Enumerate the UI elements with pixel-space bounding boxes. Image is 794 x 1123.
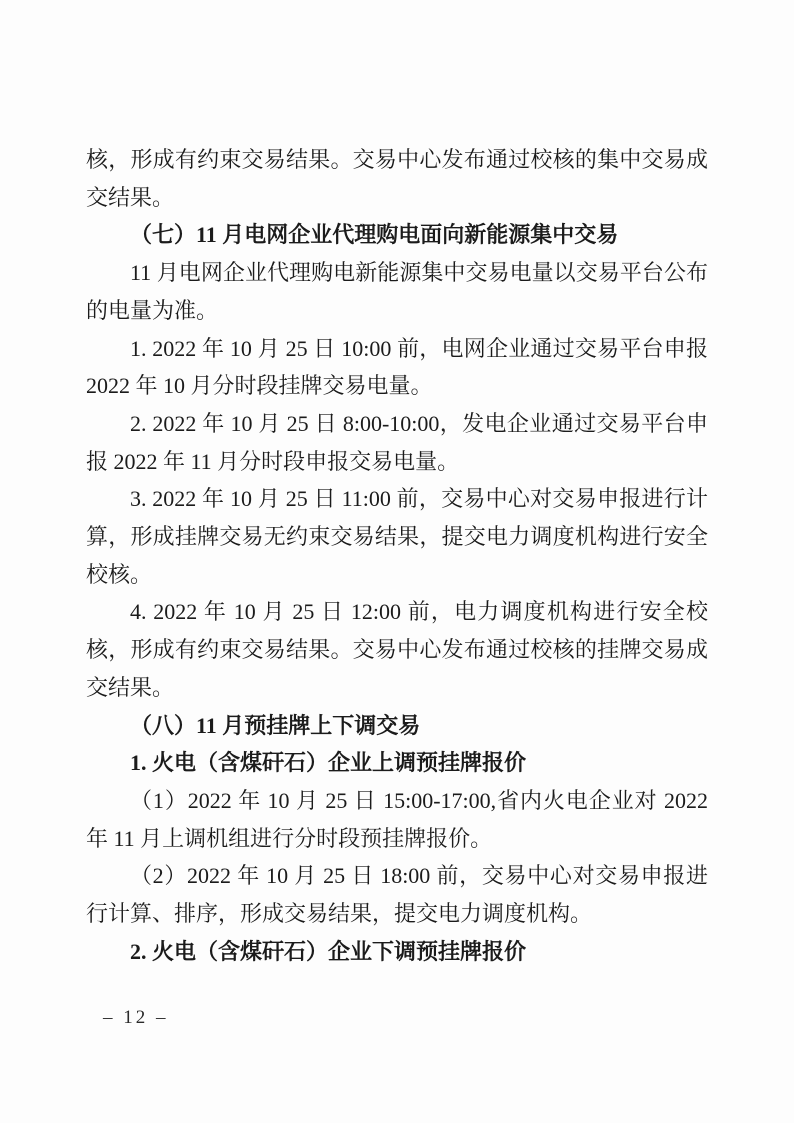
document-body: 核，形成有约束交易结果。交易中心发布通过校核的集中交易成交结果。 （七）11 月… xyxy=(86,141,708,970)
section-heading-8: （八）11 月预挂牌上下调交易 xyxy=(86,707,708,745)
subsection-heading-2: 2. 火电（含煤矸石）企业下调预挂牌报价 xyxy=(86,933,708,971)
page-number: – 12 – xyxy=(103,1004,169,1032)
paragraph: 11 月电网企业代理购电新能源集中交易电量以交易平台公布的电量为准。 xyxy=(86,254,708,329)
list-item-3: 3. 2022 年 10 月 25 日 11:00 前，交易中心对交易申报进行计… xyxy=(86,480,708,593)
document-page: 核，形成有约束交易结果。交易中心发布通过校核的集中交易成交结果。 （七）11 月… xyxy=(0,0,794,1123)
list-item-1: 1. 2022 年 10 月 25 日 10:00 前，电网企业通过交易平台申报… xyxy=(86,330,708,405)
sub-item-2: （2）2022 年 10 月 25 日 18:00 前，交易中心对交易申报进行计… xyxy=(86,857,708,932)
sub-item-1: （1）2022 年 10 月 25 日 15:00-17:00,省内火电企业对 … xyxy=(86,782,708,857)
list-item-4: 4. 2022 年 10 月 25 日 12:00 前，电力调度机构进行安全校核… xyxy=(86,593,708,706)
subsection-heading-1: 1. 火电（含煤矸石）企业上调预挂牌报价 xyxy=(86,744,708,782)
section-heading-7: （七）11 月电网企业代理购电面向新能源集中交易 xyxy=(86,216,708,254)
paragraph-continuation: 核，形成有约束交易结果。交易中心发布通过校核的集中交易成交结果。 xyxy=(86,141,708,216)
list-item-2: 2. 2022 年 10 月 25 日 8:00-10:00，发电企业通过交易平… xyxy=(86,405,708,480)
